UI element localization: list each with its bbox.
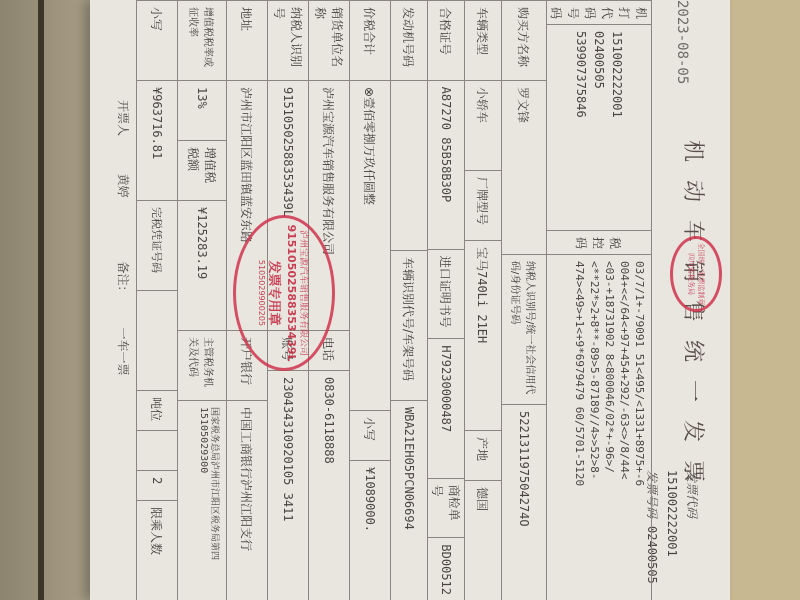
vehicle-origin: 德国	[465, 481, 501, 600]
vat-amount: ¥125283.19	[178, 201, 226, 331]
machine-invoice-number: 02400505	[590, 31, 608, 89]
total-amount: ¥1089000.	[350, 461, 390, 600]
tonnage	[137, 431, 177, 471]
engine-number	[391, 81, 427, 251]
total-in-words: ⊗壹佰零捌万玖仟圆整	[350, 81, 390, 411]
floor-gap	[38, 0, 44, 600]
machine-invoice-code: 151002222001	[608, 31, 626, 118]
invoice-table: 机打代码号码 151002222001 02400505 53990737584…	[136, 0, 652, 600]
invoice-title: 机动车销售统一发票	[679, 140, 710, 500]
seller-phone: 0830-6118888	[309, 371, 349, 600]
vin: WBA21EH05PCN06694	[391, 401, 427, 600]
import-cert-number: H79230000487	[428, 339, 464, 478]
tax-authority: 国家税务总局泸州市江阳区税务局第四	[209, 407, 222, 560]
invoice-footer: 开票人 黄婷 备注：一车一票	[115, 100, 132, 436]
invoice-code: 151002222001	[665, 470, 679, 557]
tax-authority-code: 15105029300	[198, 407, 209, 473]
invoice: 2023-08-05 机动车销售统一发票 全国统一发票监制章 四川省税务局 发票…	[90, 0, 730, 600]
machine-code: 539907375846	[572, 31, 590, 118]
issuer: 黄婷	[116, 174, 130, 198]
buyer-name: 罗文锋	[502, 81, 546, 255]
invoice-paper: 2023-08-05 机动车销售统一发票 全国统一发票监制章 四川省税务局 发票…	[90, 0, 730, 600]
seller-bank: 中国工商银行泸州江阳支行	[227, 401, 267, 600]
vehicle-model: 宝马740Li 21EH	[465, 241, 501, 431]
invoice-code-label: 发票代码	[685, 470, 699, 518]
tax-supervision-stamp: 全国统一发票监制章 四川省税务局	[670, 236, 722, 312]
cipher-label: 税控码	[547, 231, 651, 255]
cert-number: A87270 85B58B30P	[428, 81, 464, 250]
vehicle-type: 小轿车	[465, 81, 501, 171]
seller-account: 230434310920105 3411	[268, 371, 308, 600]
remark: 一车一票	[116, 328, 130, 376]
pre-tax-amount: ¥963716.81	[137, 81, 177, 201]
inspection-number: BD00512	[428, 538, 464, 600]
invoice-date: 2023-08-05	[674, 0, 690, 84]
seats: 2	[137, 471, 177, 501]
seller-invoice-stamp: 泸州宝源汽车销售服务有限公司 91510502588353439L 发票专用章 …	[233, 215, 335, 371]
floor-right	[725, 0, 800, 600]
vat-rate: 13%	[178, 81, 226, 141]
buyer-id: 522131197504274O	[502, 405, 546, 600]
